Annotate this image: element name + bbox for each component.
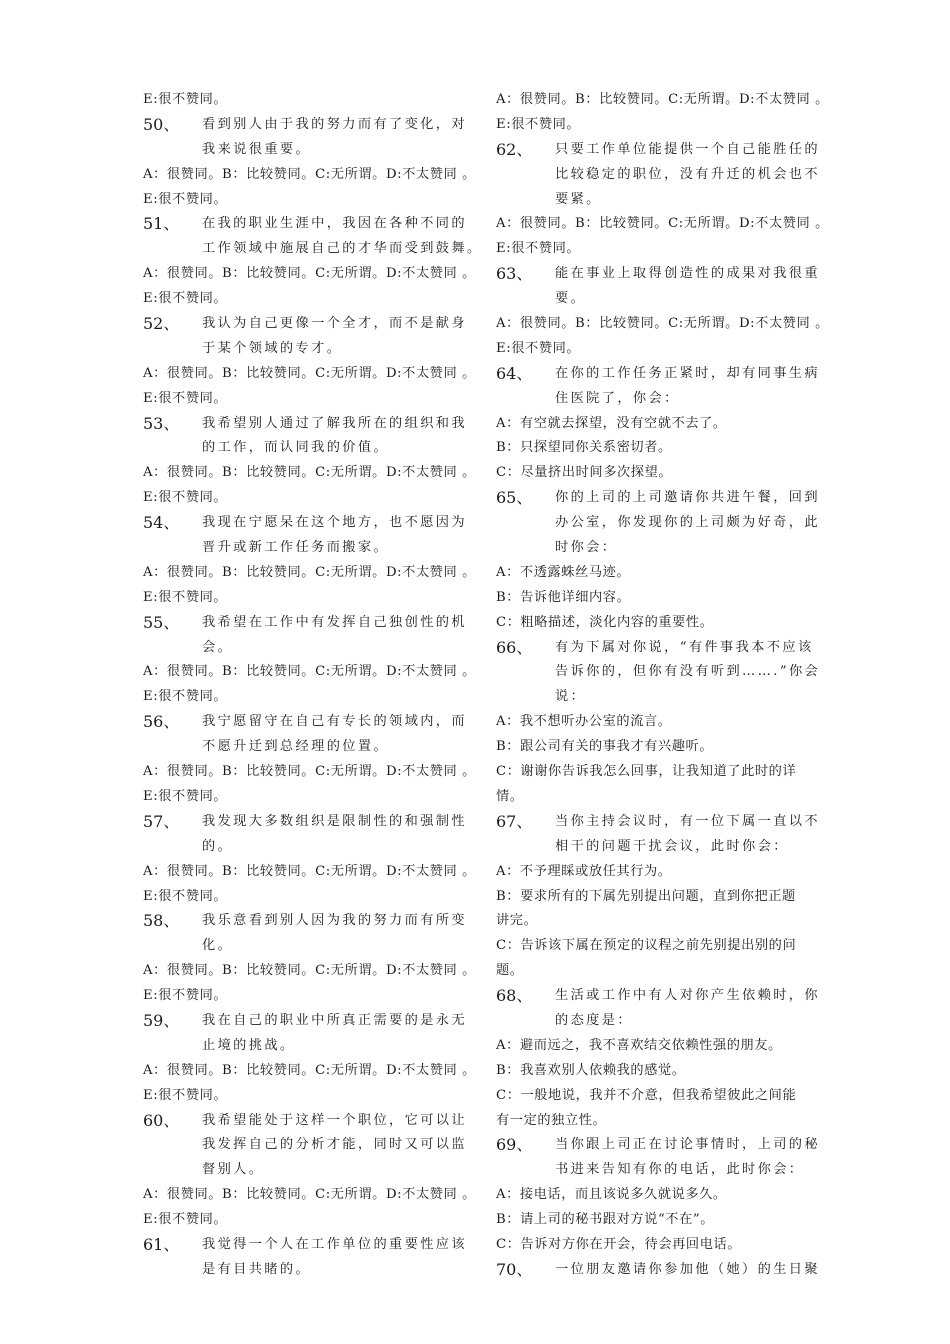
answer-option-line: A：很赞同。B：比较赞同。C:无所谓。D:不太赞同 。	[143, 660, 465, 685]
answer-option-line: A：有空就去探望，没有空就不去了。	[496, 412, 818, 437]
question-text-line: 要。	[555, 287, 818, 312]
answer-option-line: A：很赞同。B：比较赞同。C:无所谓。D:不太赞同 。	[143, 461, 465, 486]
answer-option-line: E:很不赞同。	[496, 337, 818, 362]
answer-option-line: 题。	[496, 959, 818, 984]
answer-option-line: E:很不赞同。	[143, 486, 465, 511]
question-text-line: 我宁愿留守在自己有专长的领域内，而	[202, 710, 465, 735]
question-text: 只要工作单位能提供一个自己能胜任的比较稳定的职位，没有升迁的机会也不要紧。	[555, 138, 818, 213]
question-number: 66、	[496, 636, 532, 661]
question-number: 53、	[143, 412, 179, 437]
question-item: 55、我希望在工作中有发挥自己独创性的机会。	[143, 611, 465, 661]
answer-option-line: E:很不赞同。	[496, 237, 818, 262]
question-text-line: 说：	[555, 685, 818, 710]
question-text-line: 工作领域中施展自己的才华而受到鼓舞。	[202, 237, 465, 262]
question-text-line: 不愿升迁到总经理的位置。	[202, 735, 465, 760]
question-text-line: 住医院了，你会：	[555, 387, 818, 412]
question-text-line: 是有目共睹的。	[202, 1258, 465, 1283]
question-item: 66、有为下属对你说，“有件事我本不应该告诉你的，但你有没有听到…….”你会说：	[496, 636, 818, 711]
question-text-line: 办公室，你发现你的上司颇为好奇，此	[555, 511, 818, 536]
question-number: 51、	[143, 212, 179, 237]
answer-option-line: A：避而远之，我不喜欢结交依赖性强的朋友。	[496, 1034, 818, 1059]
left-column: E:很不赞同。50、看到别人由于我的努力而有了变化，对我来说很重要。A：很赞同。…	[143, 88, 465, 1283]
answer-option-line: E:很不赞同。	[143, 586, 465, 611]
question-item: 65、你的上司的上司邀请你共进午餐，回到办公室，你发现你的上司颇为好奇，此时你会…	[496, 486, 818, 561]
question-text: 看到别人由于我的努力而有了变化，对我来说很重要。	[202, 113, 465, 163]
answer-option-line: A：很赞同。B：比较赞同。C:无所谓。D:不太赞同 。	[143, 860, 465, 885]
question-text-line: 告诉你的，但你有没有听到…….”你会	[555, 660, 818, 685]
question-number: 57、	[143, 810, 179, 835]
question-item: 54、我现在宁愿呆在这个地方，也不愿因为晋升或新工作任务而搬家。	[143, 511, 465, 561]
question-text-line: 生活或工作中有人对你产生依赖时，你	[555, 984, 818, 1009]
answer-option-line: A：很赞同。B：比较赞同。C:无所谓。D:不太赞同 。	[143, 362, 465, 387]
question-item: 56、我宁愿留守在自己有专长的领域内，而不愿升迁到总经理的位置。	[143, 710, 465, 760]
question-item: 69、当你跟上司正在讨论事情时，上司的秘书进来告知有你的电话，此时你会：	[496, 1133, 818, 1183]
question-text-line: 我乐意看到别人因为我的努力而有所变	[202, 909, 465, 934]
question-text: 我觉得一个人在工作单位的重要性应该是有目共睹的。	[202, 1233, 465, 1283]
question-text-line: 的。	[202, 835, 465, 860]
right-column: A：很赞同。B：比较赞同。C:无所谓。D:不太赞同 。E:很不赞同。62、只要工…	[496, 88, 818, 1283]
answer-option-line: B：我喜欢别人依赖我的感觉。	[496, 1059, 818, 1084]
answer-option-line: E:很不赞同。	[143, 885, 465, 910]
question-text-line: 我觉得一个人在工作单位的重要性应该	[202, 1233, 465, 1258]
question-text: 我现在宁愿呆在这个地方，也不愿因为晋升或新工作任务而搬家。	[202, 511, 465, 561]
question-text: 生活或工作中有人对你产生依赖时，你的态度是：	[555, 984, 818, 1034]
question-text-line: 我希望能处于这样一个职位，它可以让	[202, 1109, 465, 1134]
question-number: 70、	[496, 1258, 532, 1283]
question-text-line: 我希望别人通过了解我所在的组织和我	[202, 412, 465, 437]
answer-option-line: B：跟公司有关的事我才有兴趣听。	[496, 735, 818, 760]
answer-option-line: E:很不赞同。	[143, 88, 465, 113]
question-text-line: 我在自己的职业中所真正需要的是永无	[202, 1009, 465, 1034]
question-item: 64、在你的工作任务正紧时，却有同事生病住医院了，你会：	[496, 362, 818, 412]
answer-option-line: E:很不赞同。	[143, 685, 465, 710]
question-text-line: 的态度是：	[555, 1009, 818, 1034]
question-text: 我希望在工作中有发挥自己独创性的机会。	[202, 611, 465, 661]
answer-option-line: B：要求所有的下属先别提出问题，直到你把正题	[496, 885, 818, 910]
answer-option-line: B：只探望同你关系密切者。	[496, 436, 818, 461]
question-number: 62、	[496, 138, 532, 163]
question-item: 60、我希望能处于这样一个职位，它可以让我发挥自己的分析才能，同时又可以监督别人…	[143, 1109, 465, 1184]
question-text-line: 看到别人由于我的努力而有了变化，对	[202, 113, 465, 138]
question-text-line: 只要工作单位能提供一个自己能胜任的	[555, 138, 818, 163]
question-text: 我宁愿留守在自己有专长的领域内，而不愿升迁到总经理的位置。	[202, 710, 465, 760]
question-number: 69、	[496, 1133, 532, 1158]
question-text-line: 于某个领域的专才。	[202, 337, 465, 362]
question-number: 54、	[143, 511, 179, 536]
answer-option-line: C：粗略描述，淡化内容的重要性。	[496, 611, 818, 636]
question-text-line: 要紧。	[555, 188, 818, 213]
question-number: 65、	[496, 486, 532, 511]
answer-option-line: A：很赞同。B：比较赞同。C:无所谓。D:不太赞同 。	[143, 262, 465, 287]
question-text-line: 当你主持会议时，有一位下属一直以不	[555, 810, 818, 835]
answer-option-line: A：很赞同。B：比较赞同。C:无所谓。D:不太赞同 。	[143, 1059, 465, 1084]
answer-option-line: E:很不赞同。	[143, 287, 465, 312]
question-text: 我希望别人通过了解我所在的组织和我的工作，而认同我的价值。	[202, 412, 465, 462]
question-text: 你的上司的上司邀请你共进午餐，回到办公室，你发现你的上司颇为好奇，此时你会：	[555, 486, 818, 561]
question-text-line: 止境的挑战。	[202, 1034, 465, 1059]
question-number: 64、	[496, 362, 532, 387]
answer-option-line: A：很赞同。B：比较赞同。C:无所谓。D:不太赞同 。	[496, 88, 818, 113]
question-number: 59、	[143, 1009, 179, 1034]
question-text-line: 化。	[202, 934, 465, 959]
question-text-line: 你的上司的上司邀请你共进午餐，回到	[555, 486, 818, 511]
question-text: 当你跟上司正在讨论事情时，上司的秘书进来告知有你的电话，此时你会：	[555, 1133, 818, 1183]
question-text-line: 书进来告知有你的电话，此时你会：	[555, 1158, 818, 1183]
question-text: 我乐意看到别人因为我的努力而有所变化。	[202, 909, 465, 959]
question-number: 67、	[496, 810, 532, 835]
answer-option-line: E:很不赞同。	[143, 387, 465, 412]
question-number: 63、	[496, 262, 532, 287]
question-item: 70、一位朋友邀请你参加他（她）的生日聚	[496, 1258, 818, 1283]
answer-option-line: E:很不赞同。	[143, 984, 465, 1009]
answer-option-line: C：告诉该下属在预定的议程之前先别提出别的问	[496, 934, 818, 959]
question-number: 50、	[143, 113, 179, 138]
question-item: 61、我觉得一个人在工作单位的重要性应该是有目共睹的。	[143, 1233, 465, 1283]
question-text-line: 我现在宁愿呆在这个地方，也不愿因为	[202, 511, 465, 536]
question-text-line: 当你跟上司正在讨论事情时，上司的秘	[555, 1133, 818, 1158]
question-number: 56、	[143, 710, 179, 735]
question-item: 57、我发现大多数组织是限制性的和强制性的。	[143, 810, 465, 860]
question-text-line: 的工作，而认同我的价值。	[202, 436, 465, 461]
question-text-line: 督别人。	[202, 1158, 465, 1183]
answer-option-line: C：告诉对方你在开会，待会再回电话。	[496, 1233, 818, 1258]
question-text-line: 会。	[202, 636, 465, 661]
answer-option-line: A：很赞同。B：比较赞同。C:无所谓。D:不太赞同 。	[143, 1183, 465, 1208]
answer-option-line: A：接电话，而且该说多久就说多久。	[496, 1183, 818, 1208]
question-item: 68、生活或工作中有人对你产生依赖时，你的态度是：	[496, 984, 818, 1034]
question-text: 当你主持会议时，有一位下属一直以不相干的问题干扰会议，此时你会：	[555, 810, 818, 860]
question-item: 50、看到别人由于我的努力而有了变化，对我来说很重要。	[143, 113, 465, 163]
answer-option-line: A：我不想听办公室的流言。	[496, 710, 818, 735]
question-text: 我希望能处于这样一个职位，它可以让我发挥自己的分析才能，同时又可以监督别人。	[202, 1109, 465, 1184]
question-item: 67、当你主持会议时，有一位下属一直以不相干的问题干扰会议，此时你会：	[496, 810, 818, 860]
question-text-line: 在你的工作任务正紧时，却有同事生病	[555, 362, 818, 387]
question-text-line: 时你会：	[555, 536, 818, 561]
question-text: 我发现大多数组织是限制性的和强制性的。	[202, 810, 465, 860]
question-number: 55、	[143, 611, 179, 636]
question-item: 63、能在事业上取得创造性的成果对我很重要。	[496, 262, 818, 312]
answer-option-line: E:很不赞同。	[143, 785, 465, 810]
question-item: 62、只要工作单位能提供一个自己能胜任的比较稳定的职位，没有升迁的机会也不要紧。	[496, 138, 818, 213]
question-text-line: 我认为自己更像一个全才，而不是献身	[202, 312, 465, 337]
question-text: 一位朋友邀请你参加他（她）的生日聚	[555, 1258, 818, 1283]
question-text: 有为下属对你说，“有件事我本不应该告诉你的，但你有没有听到…….”你会说：	[555, 636, 818, 711]
answer-option-line: A：不予理睬或放任其行为。	[496, 860, 818, 885]
question-number: 68、	[496, 984, 532, 1009]
question-text-line: 晋升或新工作任务而搬家。	[202, 536, 465, 561]
answer-option-line: A：很赞同。B：比较赞同。C:无所谓。D:不太赞同 。	[496, 212, 818, 237]
question-item: 51、在我的职业生涯中，我因在各种不同的工作领域中施展自己的才华而受到鼓舞。	[143, 212, 465, 262]
answer-option-line: A：很赞同。B：比较赞同。C:无所谓。D:不太赞同 。	[496, 312, 818, 337]
answer-option-line: 情。	[496, 785, 818, 810]
question-number: 60、	[143, 1109, 179, 1134]
answer-option-line: A：很赞同。B：比较赞同。C:无所谓。D:不太赞同 。	[143, 760, 465, 785]
question-text: 我认为自己更像一个全才，而不是献身于某个领域的专才。	[202, 312, 465, 362]
question-text-line: 我来说很重要。	[202, 138, 465, 163]
question-number: 61、	[143, 1233, 179, 1258]
question-number: 52、	[143, 312, 179, 337]
answer-option-line: E:很不赞同。	[496, 113, 818, 138]
answer-option-line: A：很赞同。B：比较赞同。C:无所谓。D:不太赞同 。	[143, 163, 465, 188]
answer-option-line: E:很不赞同。	[143, 1084, 465, 1109]
question-text-line: 一位朋友邀请你参加他（她）的生日聚	[555, 1258, 818, 1283]
question-text: 我在自己的职业中所真正需要的是永无止境的挑战。	[202, 1009, 465, 1059]
answer-option-line: A：不透露蛛丝马迹。	[496, 561, 818, 586]
question-item: 59、我在自己的职业中所真正需要的是永无止境的挑战。	[143, 1009, 465, 1059]
question-text-line: 我希望在工作中有发挥自己独创性的机	[202, 611, 465, 636]
answer-option-line: C：谢谢你告诉我怎么回事，让我知道了此时的详	[496, 760, 818, 785]
answer-option-line: C：尽量挤出时间多次探望。	[496, 461, 818, 486]
question-number: 58、	[143, 909, 179, 934]
question-item: 52、我认为自己更像一个全才，而不是献身于某个领域的专才。	[143, 312, 465, 362]
answer-option-line: 讲完。	[496, 909, 818, 934]
answer-option-line: A：很赞同。B：比较赞同。C:无所谓。D:不太赞同 。	[143, 959, 465, 984]
question-text-line: 我发现大多数组织是限制性的和强制性	[202, 810, 465, 835]
question-item: 53、我希望别人通过了解我所在的组织和我的工作，而认同我的价值。	[143, 412, 465, 462]
question-item: 58、我乐意看到别人因为我的努力而有所变化。	[143, 909, 465, 959]
answer-option-line: E:很不赞同。	[143, 1208, 465, 1233]
question-text: 在我的职业生涯中，我因在各种不同的工作领域中施展自己的才华而受到鼓舞。	[202, 212, 465, 262]
question-text-line: 比较稳定的职位，没有升迁的机会也不	[555, 163, 818, 188]
question-text: 在你的工作任务正紧时，却有同事生病住医院了，你会：	[555, 362, 818, 412]
question-text-line: 我发挥自己的分析才能，同时又可以监	[202, 1133, 465, 1158]
answer-option-line: C：一般地说，我并不介意，但我希望彼此之间能	[496, 1084, 818, 1109]
question-text-line: 相干的问题干扰会议，此时你会：	[555, 835, 818, 860]
answer-option-line: E:很不赞同。	[143, 188, 465, 213]
question-text-line: 在我的职业生涯中，我因在各种不同的	[202, 212, 465, 237]
answer-option-line: A：很赞同。B：比较赞同。C:无所谓。D:不太赞同 。	[143, 561, 465, 586]
question-text-line: 有为下属对你说，“有件事我本不应该	[555, 636, 818, 661]
question-text-line: 能在事业上取得创造性的成果对我很重	[555, 262, 818, 287]
answer-option-line: 有一定的独立性。	[496, 1109, 818, 1134]
answer-option-line: B：请上司的秘书跟对方说“不在”。	[496, 1208, 818, 1233]
question-text: 能在事业上取得创造性的成果对我很重要。	[555, 262, 818, 312]
answer-option-line: B：告诉他详细内容。	[496, 586, 818, 611]
